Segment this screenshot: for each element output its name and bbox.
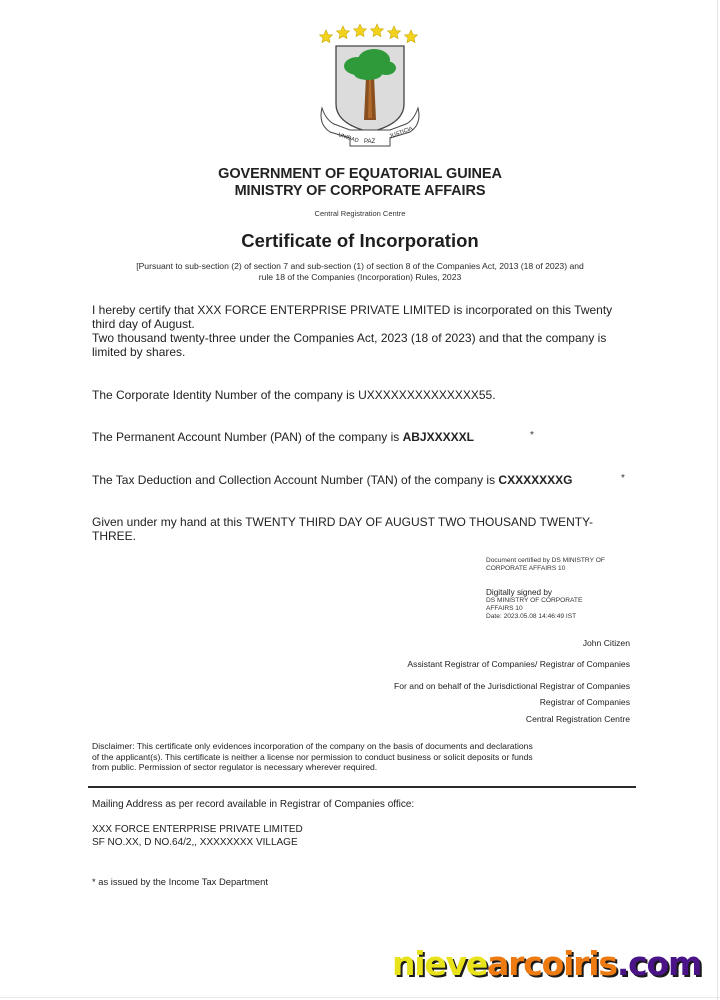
certify-paragraph: I hereby certify that XXX FORCE ENTERPRI… (92, 303, 632, 359)
digitally-signed-label: Digitally signed by (486, 588, 626, 597)
mailing-address-heading: Mailing Address as per record available … (92, 799, 414, 810)
ministry-name: MINISTRY OF CORPORATE AFFAIRS (0, 183, 720, 199)
mailing-address-line: XXX FORCE ENTERPRISE PRIVATE LIMITED (92, 824, 303, 835)
given-line: THREE. (92, 529, 632, 543)
signer-line: DS MINISTRY OF CORPORATE (486, 597, 626, 605)
certified-line: CORPORATE AFFAIRS 10 (486, 565, 626, 573)
pursuant-clause: [Pursuant to sub-section (2) of section … (100, 261, 620, 283)
signer-line: AFFAIRS 10 (486, 605, 626, 613)
tan-value: CXXXXXXXG (498, 473, 572, 487)
given-line: Given under my hand at this TWENTY THIRD… (92, 515, 632, 529)
section-divider (88, 786, 636, 788)
tan-asterisk: * (621, 473, 625, 484)
coat-of-arms-emblem-icon: UNIDAD PAZ JUSTICIA (316, 20, 424, 152)
registrar-office: Registrar of Companies (540, 697, 630, 707)
pursuant-line: rule 18 of the Companies (Incorporation)… (100, 272, 620, 283)
registrar-name: John Citizen (583, 638, 630, 648)
certify-line: third day of August. (92, 317, 632, 331)
disclaimer-line: Disclaimer: This certificate only eviden… (92, 741, 597, 752)
disclaimer-line: from public. Permission of sector regula… (92, 762, 597, 773)
watermark-part: .com (617, 944, 701, 983)
watermark-part: arcoiris (487, 944, 617, 983)
document-certified-note: Document certified by DS MINISTRY OF COR… (486, 557, 626, 573)
pan-label: The Permanent Account Number (PAN) of th… (92, 430, 403, 444)
registration-centre-label: Central Registration Centre (0, 209, 720, 218)
pan-asterisk: * (530, 430, 534, 441)
certify-line: limited by shares. (92, 345, 632, 359)
registrar-designation: Assistant Registrar of Companies/ Regist… (407, 659, 630, 669)
government-name: GOVERNMENT OF EQUATORIAL GUINEA (0, 166, 720, 182)
page-edge (0, 997, 720, 998)
tan-statement: The Tax Deduction and Collection Account… (92, 473, 632, 487)
certified-line: Document certified by DS MINISTRY OF (486, 557, 626, 565)
given-under-hand: Given under my hand at this TWENTY THIRD… (92, 515, 632, 543)
digital-signature[interactable]: Digitally signed by DS MINISTRY OF CORPO… (486, 588, 626, 621)
signature-date: Date: 2023.05.08 14:46:49 IST (486, 613, 626, 621)
tan-label: The Tax Deduction and Collection Account… (92, 473, 498, 487)
watermark-part: nieve (392, 944, 487, 983)
disclaimer: Disclaimer: This certificate only eviden… (92, 741, 597, 773)
page-edge (717, 0, 718, 1000)
pan-value: ABJXXXXXL (403, 430, 474, 444)
certify-line: Two thousand twenty-three under the Comp… (92, 331, 632, 345)
certify-line: I hereby certify that XXX FORCE ENTERPRI… (92, 303, 632, 317)
registrar-behalf: For and on behalf of the Jurisdictional … (394, 681, 630, 691)
site-watermark: nievearcoiris.com (392, 944, 701, 983)
income-tax-footnote: * as issued by the Income Tax Department (92, 876, 268, 887)
pan-statement: The Permanent Account Number (PAN) of th… (92, 430, 632, 444)
svg-text:PAZ: PAZ (364, 139, 376, 145)
pursuant-line: [Pursuant to sub-section (2) of section … (100, 261, 620, 272)
registrar-centre: Central Registration Centre (526, 714, 630, 724)
disclaimer-line: of the applicant(s). This certificate is… (92, 752, 597, 763)
corporate-identity-number: The Corporate Identity Number of the com… (92, 388, 632, 402)
certificate-title: Certificate of Incorporation (0, 230, 720, 252)
mailing-address-line: SF NO.XX, D NO.64/2,, XXXXXXXX VILLAGE (92, 837, 298, 848)
